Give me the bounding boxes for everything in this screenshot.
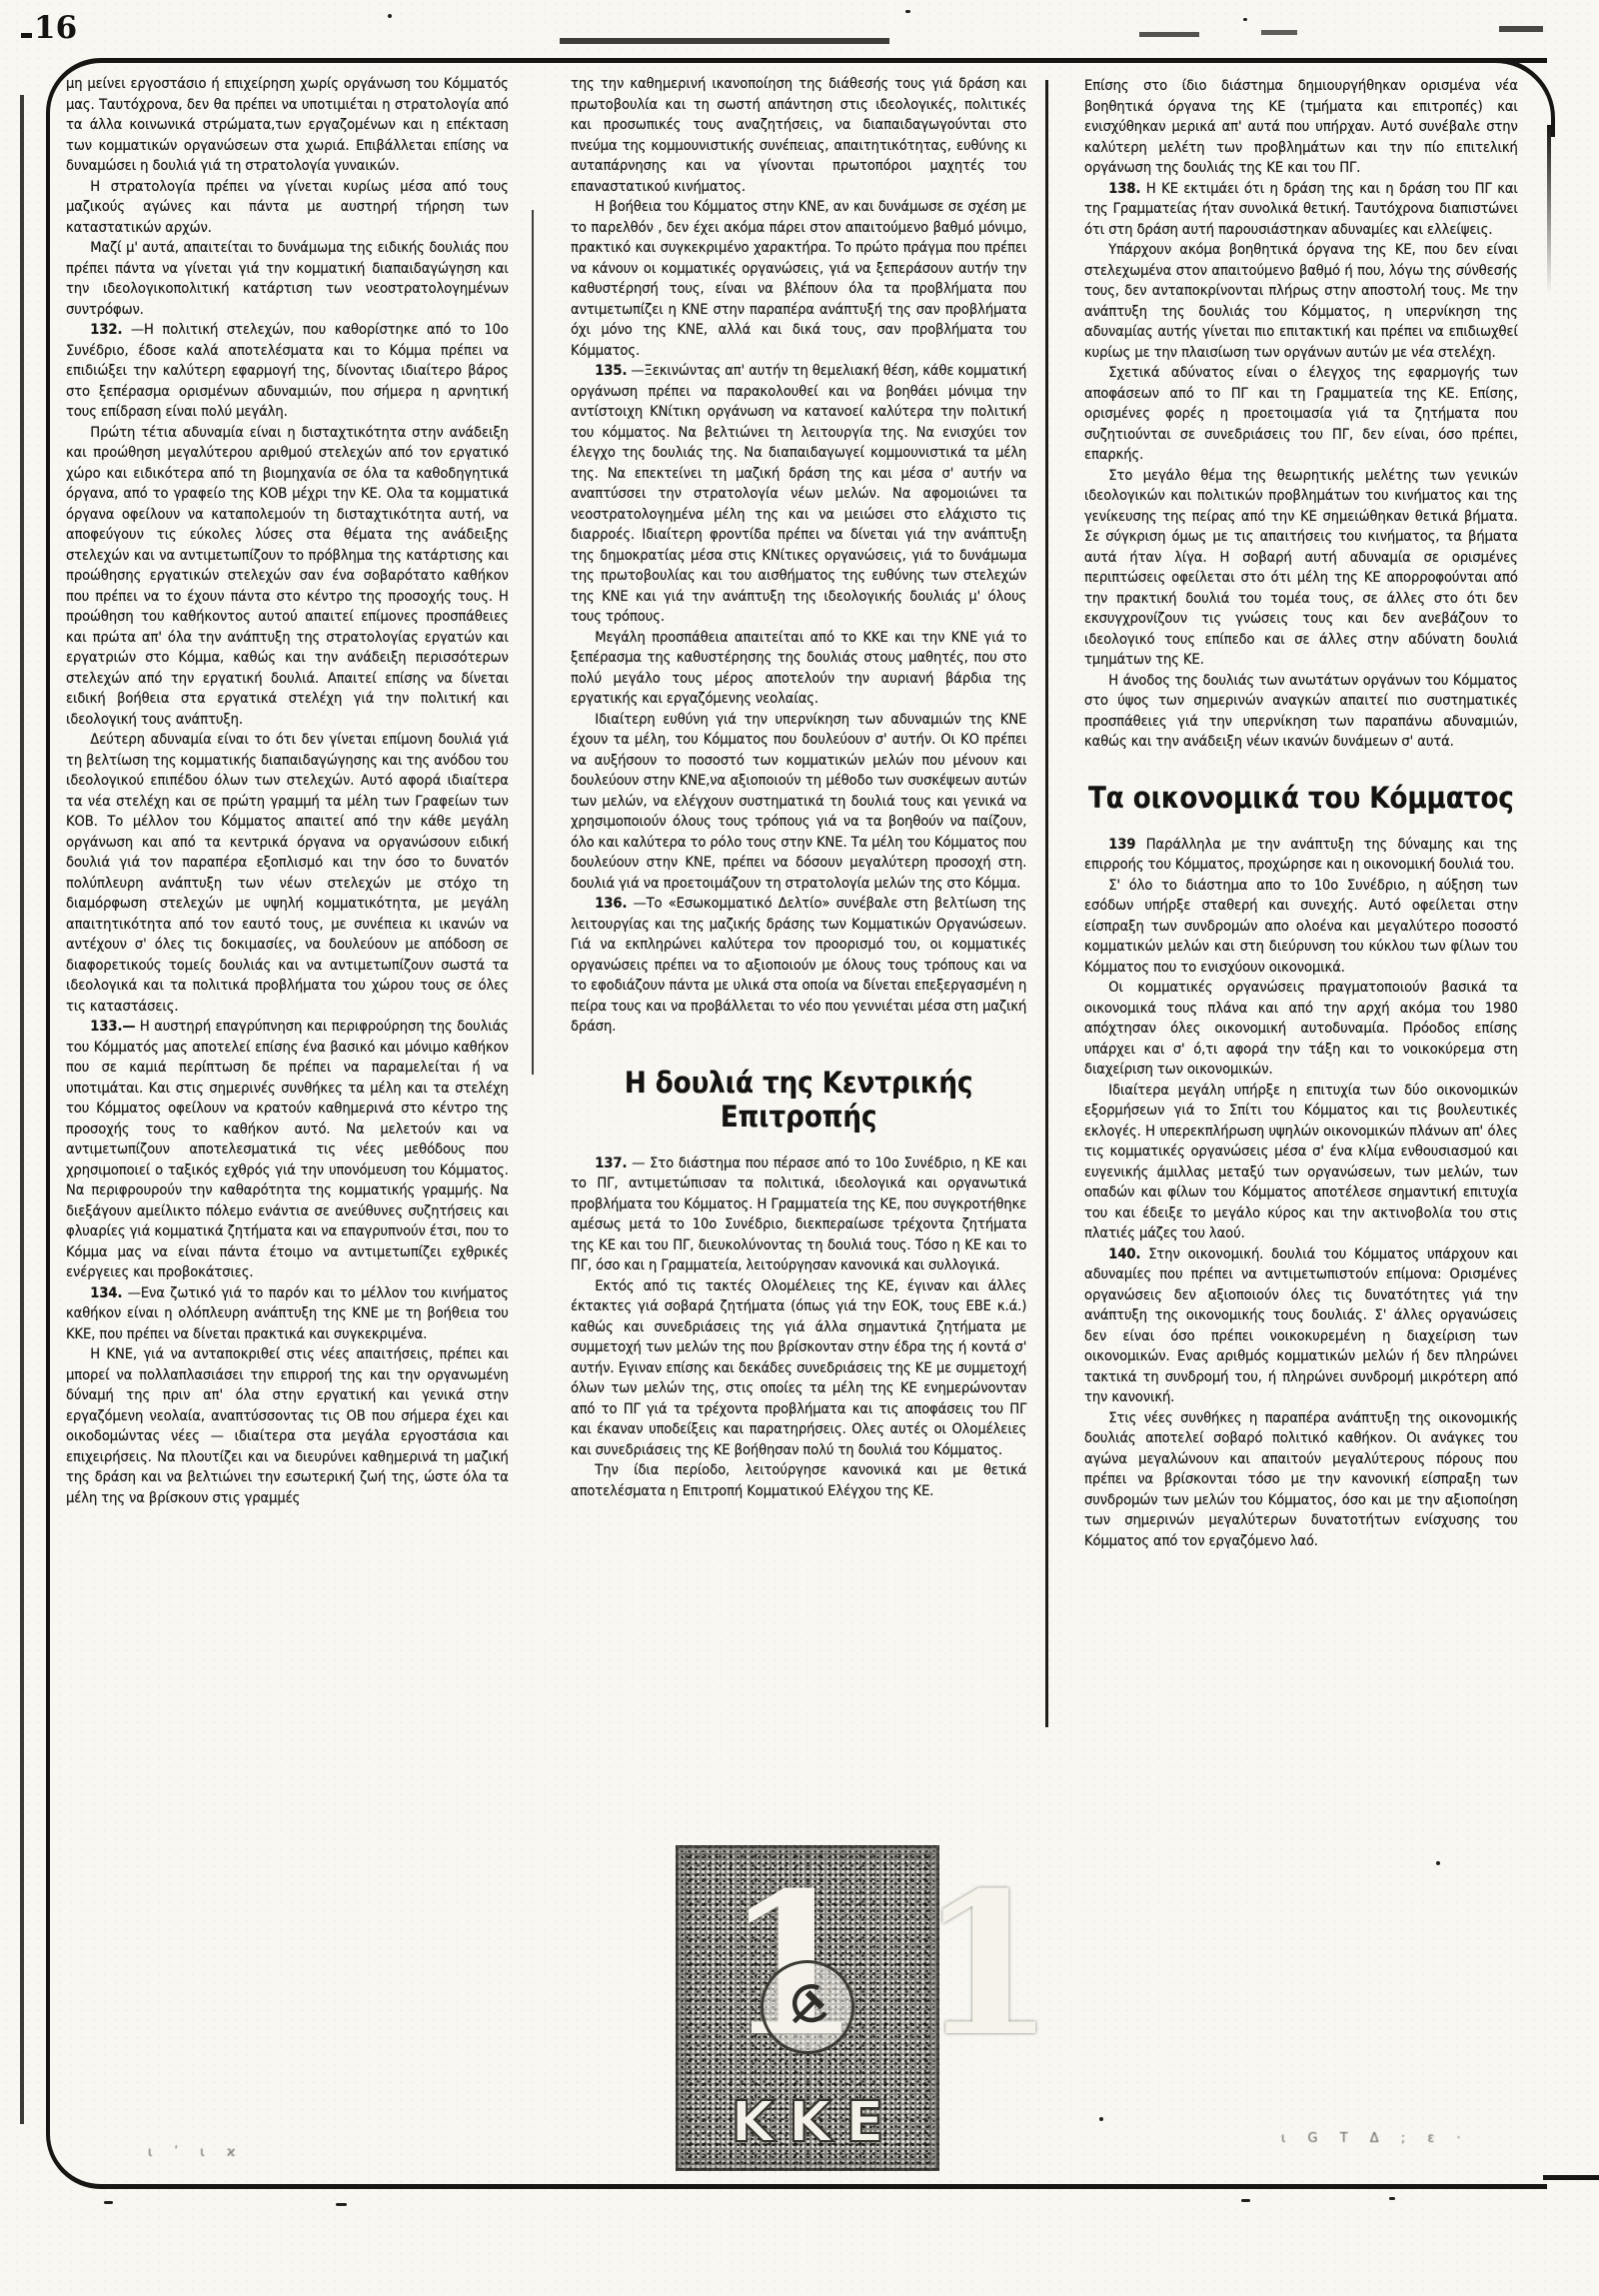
scan-speck (104, 2201, 113, 2204)
page-border-bottom-extension (1543, 2175, 1599, 2180)
paragraph: Υπάρχουν ακόμα βοηθητικά όργανα της ΚΕ, … (1084, 240, 1518, 363)
paragraph: Δεύτερη αδυναμία είναι το ότι δεν γίνετα… (66, 730, 509, 1017)
paragraph: Εκτός από τις τακτές Ολομέλειες της ΚΕ, … (571, 1276, 1026, 1461)
text-column-3: Επίσης στο ίδιο διάστημα δημιουργήθηκαν … (1084, 76, 1518, 1551)
section-heading: Τα οικονομικά του Κόμματος (1084, 781, 1518, 815)
paragraph: 139 Παράλληλα με την ανάπτυξη της δύναμη… (1084, 835, 1518, 876)
scan-speck (1139, 32, 1199, 37)
section-heading: Η δουλιά της Κεντρικής Επιτροπής (571, 1066, 1026, 1134)
paragraph-number: 132. (90, 321, 122, 338)
paragraph-number: 136. (595, 895, 627, 912)
paragraph: Οι κομματικές οργανώσεις πραγματοποιούν … (1084, 978, 1518, 1081)
scan-speck (560, 38, 889, 44)
paragraph: 140. Στην οικονομική. δουλιά του Κόμματο… (1084, 1244, 1518, 1408)
scan-speck (388, 14, 392, 18)
paragraph: 135. —Ξεκινώντας απ' αυτήν τη θεμελιακή … (571, 361, 1026, 628)
paragraph-number: 134. (90, 1284, 122, 1301)
paragraph: Η ΚΝΕ, γιά να ανταποκριθεί στις νέες απα… (66, 1344, 509, 1508)
paragraph-number: 139 (1108, 836, 1135, 853)
paragraph: 136. —Το «Εσωκομματικό Δελτίο» συνέβαλε … (571, 894, 1026, 1038)
scan-speck (1099, 2117, 1103, 2121)
page-border-right-fade (1547, 125, 1551, 295)
scan-speck (336, 2203, 347, 2206)
paragraph: Σ' όλο το διάστημα απο το 10ο Συνέδριο, … (1084, 876, 1518, 979)
paragraph: Μεγάλη προσπάθεια απαιτείται από το ΚΚΕ … (571, 628, 1026, 710)
scan-speck (1241, 2199, 1250, 2202)
text-column-1: μη μείνει εργοστάσιο ή επιχείρηση χωρίς … (66, 74, 509, 1508)
scan-speck (1436, 1861, 1440, 1865)
paragraph: 134. —Ενα ζωτικό γιά το παρόν και το μέλ… (66, 1283, 509, 1345)
paragraph-number: 133.— (90, 1018, 135, 1035)
paragraph: 133.— Η αυστηρή επαγρύπνηση και περιφρού… (66, 1017, 509, 1283)
paragraph-number: 138. (1108, 180, 1140, 197)
paragraph: Μαζί μ' αυτά, απαιτείται το δυνάμωμα της… (66, 238, 509, 320)
paragraph: Πρώτη τέτια αδυναμία είναι η δισταχτικότ… (66, 423, 509, 731)
hammer-sickle-icon (761, 1960, 854, 2054)
scan-speck (1389, 2197, 1395, 2200)
paragraph: Η άνοδος της δουλιάς των ανωτάτων οργάνω… (1084, 671, 1518, 753)
paragraph: Στις νέες συνθήκες η παραπέρα ανάπτυξη τ… (1084, 1408, 1518, 1552)
page-number: 16 (34, 10, 77, 46)
paragraph: Στο μεγάλο θέμα της θεωρητικής μελέτης τ… (1084, 466, 1518, 671)
scan-smudge-right: ι G T Δ ; ε · (1281, 2131, 1470, 2146)
paragraph: 132. —Η πολιτική στελεχών, που καθορίστη… (66, 320, 509, 423)
paragraph-number: 140. (1108, 1245, 1140, 1262)
scan-artifact-dash (21, 33, 32, 38)
paragraph: μη μείνει εργοστάσιο ή επιχείρηση χωρίς … (66, 74, 509, 177)
scan-smudge-left: ι ʹ ι ϰ (148, 2145, 244, 2160)
column-divider-2-3 (1045, 80, 1048, 1727)
scan-edge-shadow (20, 95, 24, 2124)
paragraph: Η στρατολογία πρέπει να γίνεται κυρίως μ… (66, 177, 509, 239)
text-column-2: της την καθημερινή ικανοποίηση της διάθε… (571, 74, 1026, 1501)
paragraph: Σχετικά αδύνατος είναι ο έλεγχος της εφα… (1084, 363, 1518, 466)
column-divider-1-2 (532, 210, 534, 1075)
paragraph: Ιδιαίτερη ευθύνη γιά την υπερνίκηση των … (571, 710, 1026, 895)
paragraph: Ιδιαίτερα μεγάλη υπήρξε η επιτυχία των δ… (1084, 1081, 1518, 1244)
paragraph: της την καθημερινή ικανοποίηση της διάθε… (571, 74, 1026, 197)
paragraph: Την ίδια περίοδο, λειτούργησε κανονικά κ… (571, 1460, 1026, 1501)
scanned-document-page: 16 μη μείνει εργοστάσιο ή επιχείρηση χωρ… (0, 0, 1599, 2296)
kke-stamp-label: KKE (679, 2094, 936, 2152)
paragraph-number: 137. (595, 1154, 627, 1171)
scan-speck (1261, 30, 1297, 35)
scan-speck (905, 10, 910, 13)
paragraph: Η βοήθεια του Κόμματος στην ΚΝΕ, αν και … (571, 197, 1026, 361)
paragraph-number: 135. (595, 362, 627, 379)
kke-congress-stamp: 11 KKE (676, 1845, 939, 2171)
scan-speck (1499, 26, 1543, 32)
paragraph: Επίσης στο ίδιο διάστημα δημιουργήθηκαν … (1084, 76, 1518, 179)
scan-speck (1243, 18, 1247, 21)
paragraph: 137. — Στο διάστημα που πέρασε από το 10… (571, 1153, 1026, 1276)
paragraph: 138. Η ΚΕ εκτιμάει ότι η δράση της και η… (1084, 179, 1518, 241)
